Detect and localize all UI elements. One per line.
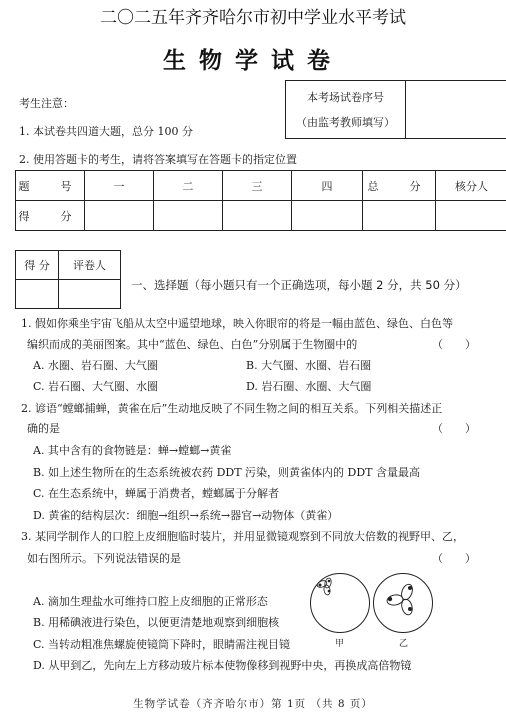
score-cell-total — [363, 201, 436, 231]
question-2-stem-line2: 确的是 — [27, 420, 60, 436]
question-1-option-c: C. 岩石圈、大气圈、水圈 — [33, 378, 158, 394]
question-3-option-c: C. 当转动粗准焦螺旋使镜筒下降时，眼睛需注视目镜 — [33, 636, 290, 652]
question-3-option-d: D. 从甲到乙，先向左上方移动玻片标本使物像移到视野中央，再换成高倍物镜 — [33, 657, 411, 673]
question-2-option-d: D. 黄雀的结构层次：细胞→组织→系统→器官→动物体（黄雀） — [33, 507, 338, 523]
microscope-view-yi — [373, 573, 433, 633]
section-grader-table: 得 分 评卷人 — [15, 250, 121, 309]
question-1-option-d: D. 岩石圈、水圈、大气圈 — [246, 378, 371, 394]
question-2-option-b: B. 如上述生物所在的生态系统被农药 DDT 污染，则黄雀体内的 DDT 含量最… — [33, 464, 420, 480]
grader-cell-score — [16, 280, 59, 309]
figure-caption-jia: 甲 — [335, 636, 344, 649]
score-cell-section-4 — [292, 201, 363, 231]
question-1-stem-line1: 1. 假如你乘坐宇宙飞船从太空中遥望地球，映入你眼帘的将是一幅由蓝色、绿色、白色… — [21, 315, 453, 331]
serial-label-line1: 本考场试卷序号 — [307, 89, 384, 105]
score-table-score-row: 得 分 — [16, 201, 506, 231]
serial-value-field — [406, 81, 506, 138]
exam-serial-box: 本考场试卷序号 （由监考教师填写） — [285, 80, 506, 139]
page-footer: 生物学试卷（齐齐哈尔市）第 1页 （共 8 页） — [0, 696, 506, 711]
score-header-section-4: 四 — [292, 171, 363, 201]
score-header-checker: 核分人 — [436, 171, 506, 201]
question-2-stem-line1: 2. 谚语“螳螂捕蝉，黄雀在后”生动地反映了不同生物之间的相互关系。下列相关描述… — [21, 400, 442, 416]
score-header-section-1: 一 — [85, 171, 154, 201]
score-cell-section-1 — [85, 201, 154, 231]
microscope-view-jia — [310, 573, 370, 633]
notice-item-1: 1. 本试卷共四道大题，总分 100 分 — [19, 123, 193, 139]
score-header-question-no: 题 号 — [16, 171, 85, 201]
score-row-label: 得 分 — [16, 201, 85, 231]
grader-header-score: 得 分 — [16, 251, 59, 280]
figure-caption-yi: 乙 — [399, 636, 408, 649]
score-table-header-row: 题 号 一 二 三 四 总 分 核分人 — [16, 171, 506, 201]
question-2-option-a: A. 其中含有的食物链是：蝉→螳螂→黄雀 — [33, 442, 231, 458]
cheek-cells-small-icon — [311, 574, 369, 632]
section-1-title: 一、选择题（每小题只有一个正确选项，每小题 2 分，共 50 分） — [131, 277, 467, 293]
exam-title: 二〇二五年齐齐哈尔市初中学业水平考试 — [0, 3, 506, 28]
subject-title: 生物学试卷 — [0, 42, 506, 75]
question-1-stem-line2: 编织而成的美丽图案。其中“蓝色、绿色、白色”分别属于生物圈中的 — [27, 336, 357, 352]
score-cell-section-2 — [154, 201, 223, 231]
notice-item-2: 2. 使用答题卡的考生，请将答案填写在答题卡的指定位置 — [19, 151, 297, 167]
question-2-option-c: C. 在生态系统中，蝉属于消费者，螳螂属于分解者 — [33, 485, 279, 501]
score-header-section-2: 二 — [154, 171, 223, 201]
score-header-section-3: 三 — [223, 171, 292, 201]
question-3-option-b: B. 用稀碘液进行染色，以便更清楚地观察到细胞核 — [33, 614, 279, 630]
grader-header-grader: 评卷人 — [59, 251, 121, 280]
cheek-cells-large-icon — [374, 574, 432, 632]
notice-heading: 考生注意： — [19, 95, 74, 111]
grader-cell-grader — [59, 280, 121, 309]
score-header-total: 总 分 — [363, 171, 436, 201]
question-2-answer-bracket: （ ） — [432, 420, 476, 436]
question-1-answer-bracket: （ ） — [432, 336, 476, 352]
question-3-stem-line1: 3. 某同学制作人的口腔上皮细胞临时装片，并用显微镜观察到不同放大倍数的视野甲、… — [21, 528, 464, 544]
question-3-stem-line2: 如右图所示。下列说法错误的是 — [27, 550, 181, 566]
score-cell-checker — [436, 201, 506, 231]
question-3-option-a: A. 滴加生理盐水可维持口腔上皮细胞的正常形态 — [33, 593, 268, 609]
question-1-option-b: B. 大气圈、水圈、岩石圈 — [246, 357, 371, 373]
serial-label: 本考场试卷序号 （由监考教师填写） — [286, 81, 406, 138]
question-1-option-a: A. 水圈、岩石圈、大气圈 — [33, 357, 158, 373]
serial-label-line2: （由监考教师填写） — [296, 114, 395, 130]
score-summary-table: 题 号 一 二 三 四 总 分 核分人 得 分 — [15, 170, 506, 231]
score-cell-section-3 — [223, 201, 292, 231]
question-3-answer-bracket: （ ） — [432, 550, 476, 566]
